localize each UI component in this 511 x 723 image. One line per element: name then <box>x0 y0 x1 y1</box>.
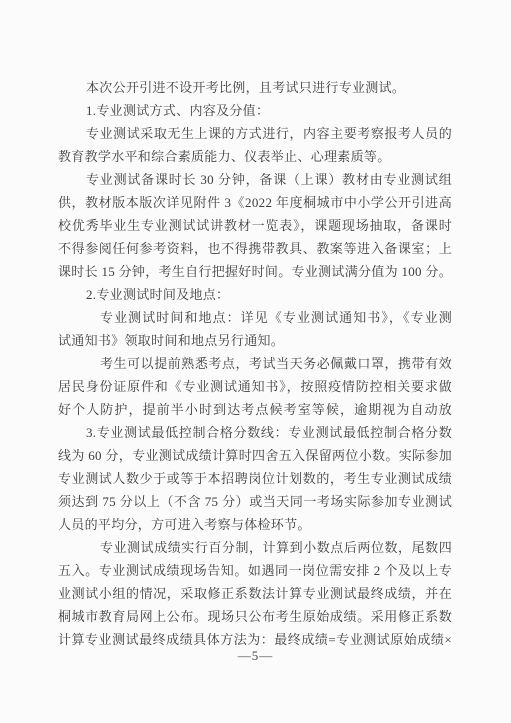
document-line: 专业测试人数少于或等于本招聘岗位计划数的，考生专业测试成绩 <box>58 467 452 490</box>
document-line: 1.专业测试方式、内容及分值： <box>58 99 452 122</box>
document-line: 人员的平均分，方可进入考察与体检环节。 <box>58 513 452 536</box>
document-line: 专业测试时间和地点：详见《专业测试通知书》，《专业测 <box>58 306 452 329</box>
document-line: 居民身份证原件和《专业测试通知书》，按照疫情防控相关要求做 <box>58 375 452 398</box>
document-line: 须达到 75 分以上（不含 75 分）或当天同一考场实际参加专业测试 <box>58 490 452 513</box>
document-line: 业测试小组的情况，采取修正系数法计算专业测试最终成绩，并在 <box>58 582 452 605</box>
document-line: 专业测试备课时长 30 分钟，备课（上课）教材由专业测试组提 <box>58 168 452 191</box>
document-line: 试通知书》领取时间和地点另行通知。 <box>58 329 452 352</box>
document-line: 教育教学水平和综合素质能力、仪表举止、心理素质等。 <box>58 145 452 168</box>
document-line: 校优秀毕业生专业测试试讲教材一览表》，课题现场抽取，备课时 <box>58 214 452 237</box>
document-line: 线为 60 分，专业测试成绩计算时四舍五入保留两位小数。实际参加 <box>58 444 452 467</box>
document-line: 专业测试成绩实行百分制，计算到小数点后两位数，尾数四舍 <box>58 536 452 559</box>
document-page: 本次公开引进不设开考比例，且考试只进行专业测试。1.专业测试方式、内容及分值：专… <box>0 0 511 723</box>
document-line: 不得参阅任何参考资料，也不得携带教具、教案等进入备课室；上 <box>58 237 452 260</box>
document-line: 五入。专业测试成绩现场告知。如遇同一岗位需安排 2 个及以上专 <box>58 559 452 582</box>
document-line: 考生可以提前熟悉考点，考试当天务必佩戴口罩，携带有效 <box>58 352 452 375</box>
text-block: 本次公开引进不设开考比例，且考试只进行专业测试。1.专业测试方式、内容及分值：专… <box>58 76 452 651</box>
document-line: 3.专业测试最低控制合格分数线：专业测试最低控制合格分数 <box>58 421 452 444</box>
document-line: 本次公开引进不设开考比例，且考试只进行专业测试。 <box>58 76 452 99</box>
document-line: 2.专业测试时间及地点： <box>58 283 452 306</box>
document-line: 供，教材版本版次详见附件 3《2022 年度桐城市中小学公开引进高 <box>58 191 452 214</box>
document-line: 好个人防护，提前半小时到达考点候考室等候，逾期视为自动放弃。 <box>58 398 452 421</box>
document-line: 专业测试采取无生上课的方式进行，内容主要考察报考人员的 <box>58 122 452 145</box>
document-line: 课时长 15 分钟，考生自行把握好时间。专业测试满分值为 100 分。 <box>58 260 452 283</box>
document-line: 桐城市教育局网上公布。现场只公布考生原始成绩。采用修正系数 <box>58 605 452 628</box>
page-number: —5— <box>0 648 511 664</box>
